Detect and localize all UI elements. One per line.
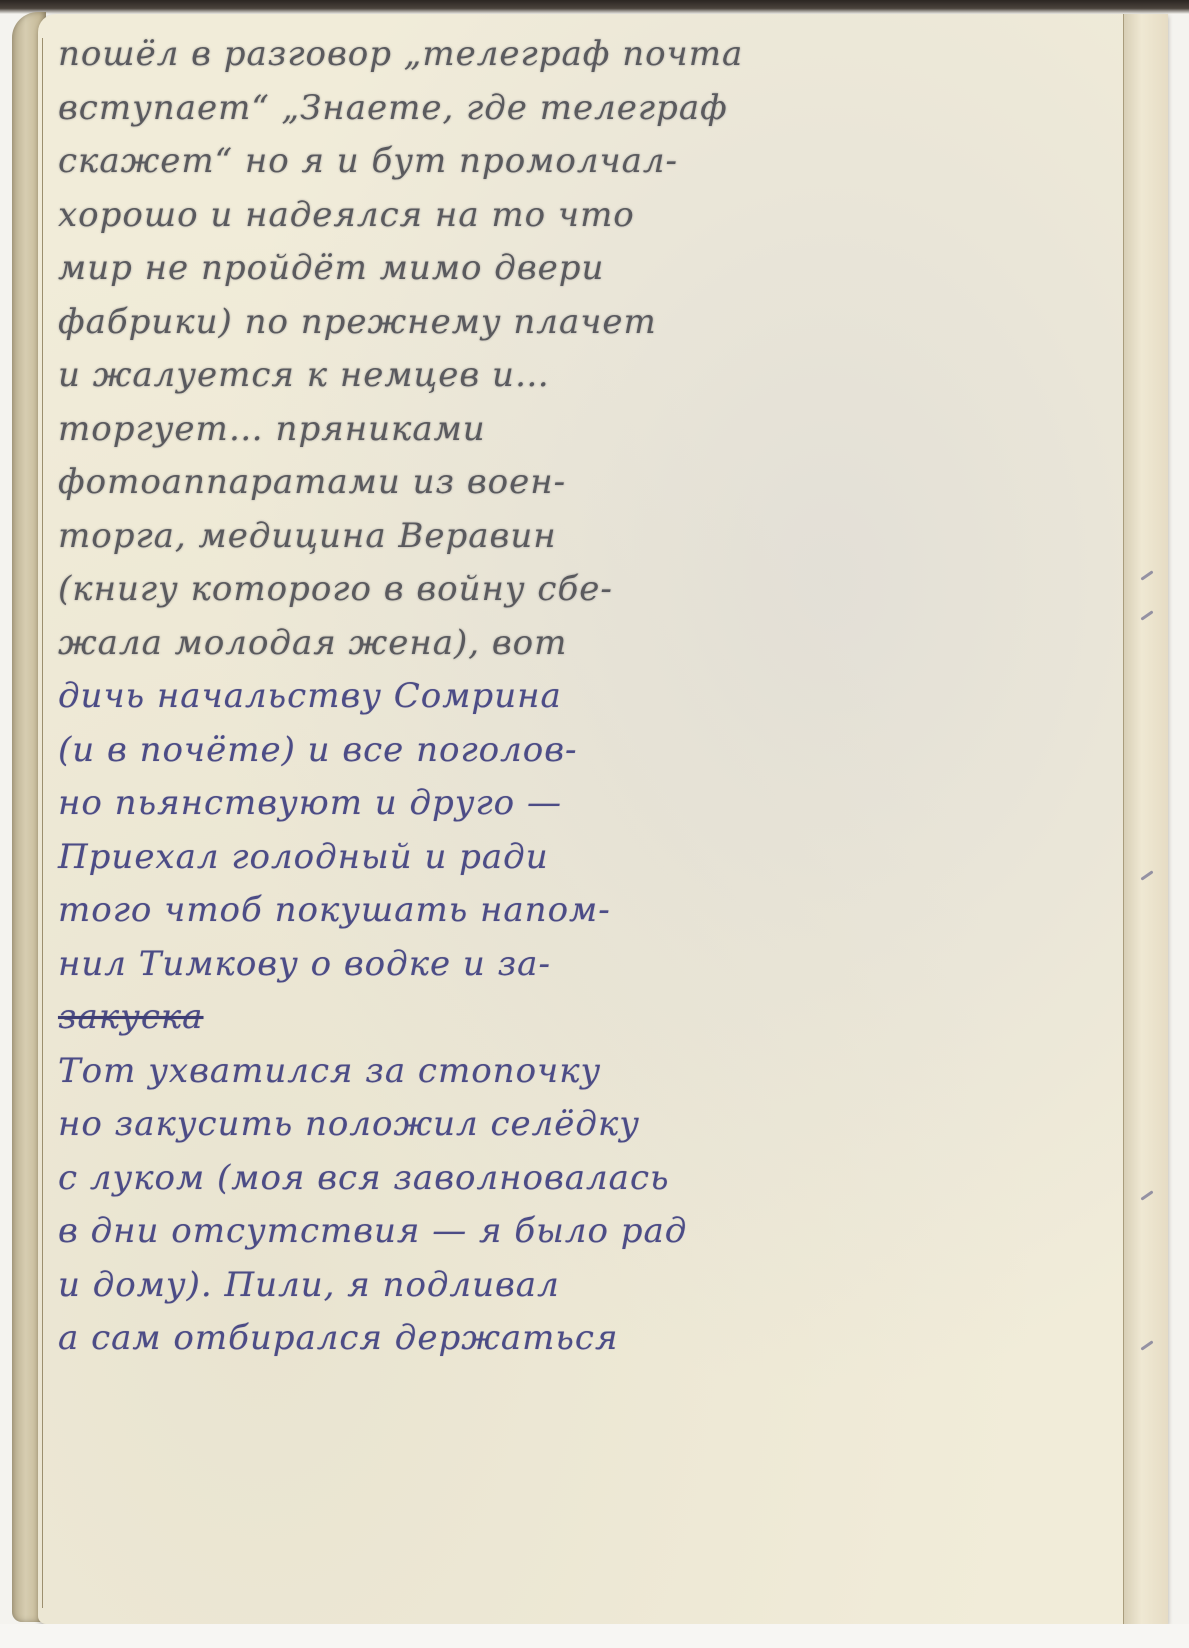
handwritten-text: пошёл в разговор „телеграф почта вступае… <box>58 28 1098 1366</box>
text-line: но пьянствуют и друго — <box>58 777 1098 831</box>
text-line: торгует… пряниками <box>58 403 1098 457</box>
text-line: (и в почёте) и все поголов- <box>58 724 1098 778</box>
facing-page-ink-mark <box>1140 1190 1153 1200</box>
text-line: вступает“ „Знаете, где телеграф <box>58 82 1098 136</box>
facing-page-ink-mark <box>1140 610 1153 620</box>
text-line: пошёл в разговор „телеграф почта <box>58 28 1098 82</box>
text-line: в дни отсутствия — я было рад <box>58 1205 1098 1259</box>
text-line: торга, медицина Веравин <box>58 510 1098 564</box>
text-line: жала молодая жена), вот <box>58 617 1098 671</box>
notebook-spine <box>1123 14 1168 1624</box>
text-line: скажет“ но я и бут промолчал- <box>58 135 1098 189</box>
text-line: и жалуется к немцев и… <box>58 349 1098 403</box>
facing-page-ink-mark <box>1140 570 1153 580</box>
text-line: того чтоб покушать напом- <box>58 884 1098 938</box>
text-line: хорошо и надеялся на то что <box>58 189 1098 243</box>
text-line: а сам отбирался держаться <box>58 1312 1098 1366</box>
text-line: (книгу которого в войну сбе- <box>58 563 1098 617</box>
text-line: мир не пройдёт мимо двери <box>58 242 1098 296</box>
text-line: но закусить положил селёдку <box>58 1098 1098 1152</box>
struck-out-text-line: закуска <box>58 991 1098 1045</box>
text-line: Приехал голодный и ради <box>58 831 1098 885</box>
page-margin-line <box>42 38 43 1608</box>
text-line: с луком (моя вся заволновалась <box>58 1152 1098 1206</box>
text-line: Тот ухватился за стопочку <box>58 1045 1098 1099</box>
text-line: нил Тимкову о водке и за- <box>58 938 1098 992</box>
scan-bottom-margin <box>0 1624 1189 1648</box>
text-line: фотоаппаратами из воен- <box>58 456 1098 510</box>
scan-top-shadow <box>0 0 1189 14</box>
facing-page-ink-mark <box>1140 1340 1153 1350</box>
facing-page-ink-mark <box>1140 870 1153 880</box>
text-line: и дому). Пили, я подливал <box>58 1259 1098 1313</box>
text-line: фабрики) по прежнему плачет <box>58 296 1098 350</box>
text-line: дичь начальству Сомрина <box>58 670 1098 724</box>
